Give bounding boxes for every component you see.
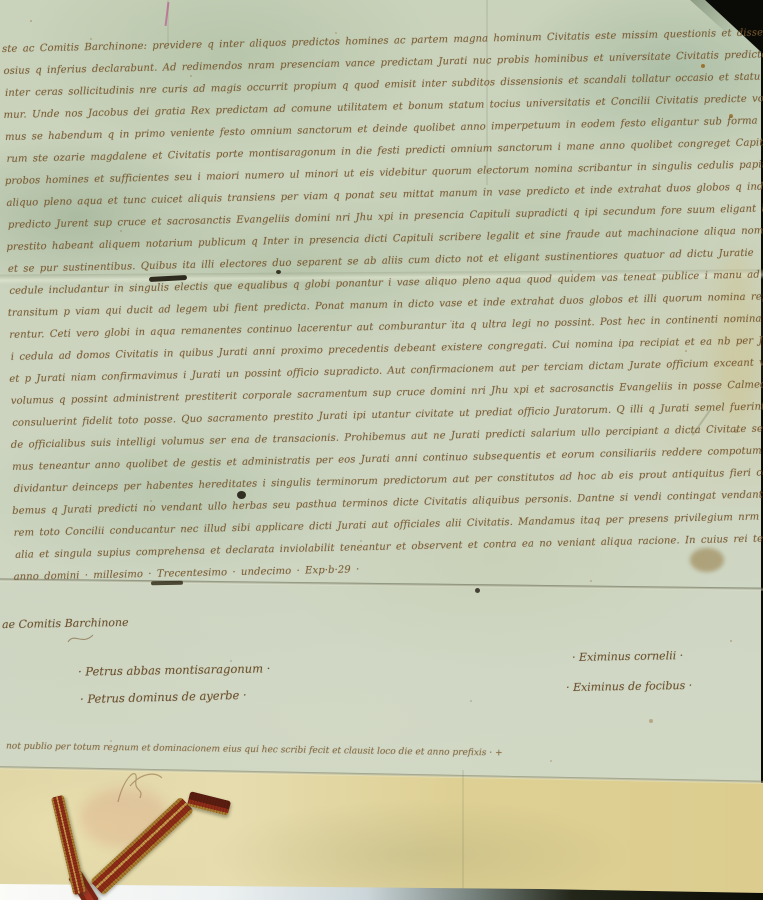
notarial-sign-flourish <box>110 762 170 806</box>
ink-blot <box>151 581 183 586</box>
plica-vertical-crease <box>462 770 464 892</box>
signature-eximinus-de-focibus: · Eximinus de focibus · <box>566 679 692 694</box>
ink-blot <box>276 270 281 274</box>
ink-blot <box>475 588 480 593</box>
foxing-speckles <box>30 20 32 22</box>
parchment-charter-scan: ste ac Comitis Barchinone: previdere q i… <box>0 0 763 900</box>
manuscript-text-line: anno domini · millesimo · Trecentesimo ·… <box>14 564 360 584</box>
manuscript-text-block: ste ac Comitis Barchinone: previdere q i… <box>2 27 763 604</box>
ink-blot <box>237 491 246 499</box>
attribution-line: ae Comitis Barchinone <box>2 616 129 631</box>
signature-eximinus-cornelii: · Eximinus cornelii · <box>572 649 683 664</box>
signature-flourish <box>66 630 96 646</box>
